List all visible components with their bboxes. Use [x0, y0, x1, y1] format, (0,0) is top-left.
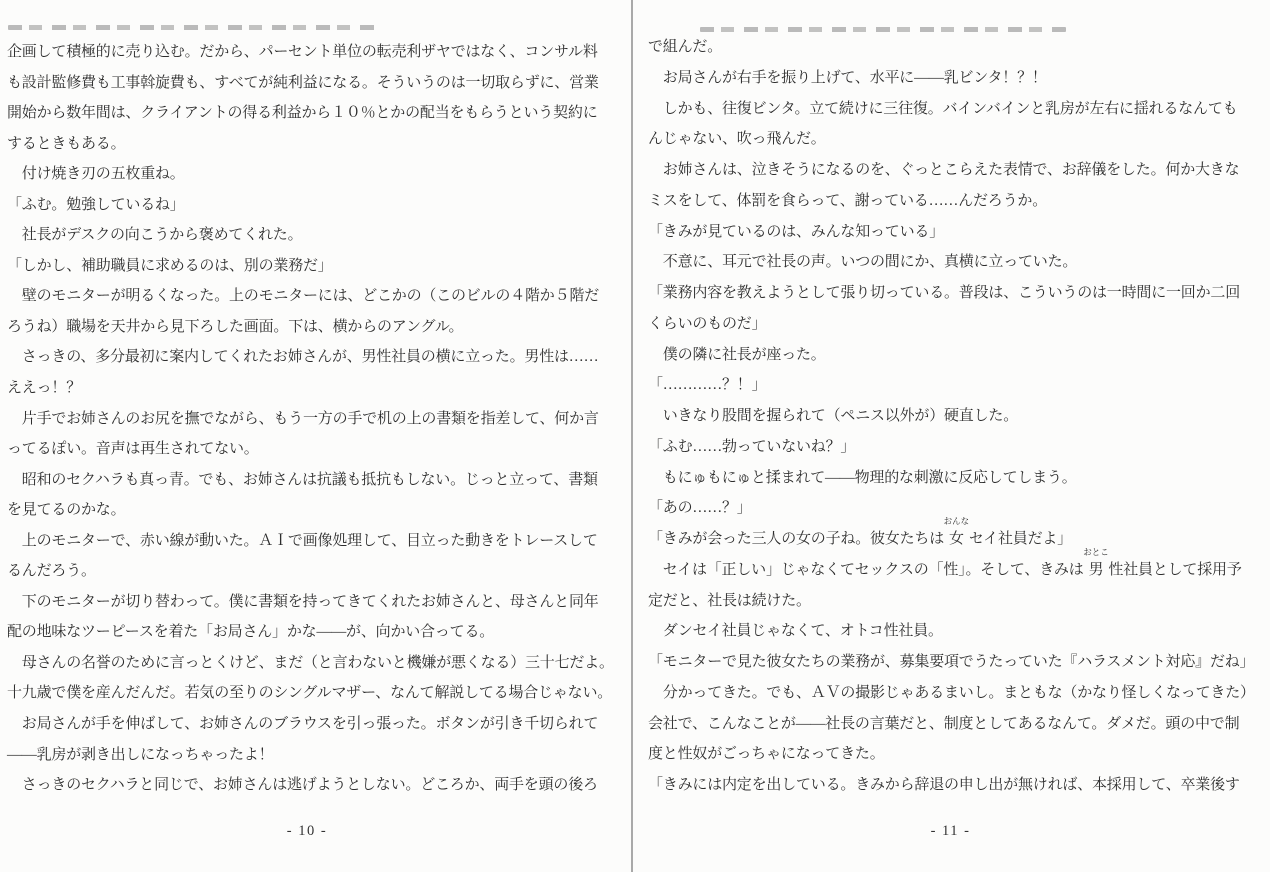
text-line: 定だと、社長は続けた。	[648, 586, 1259, 617]
text-line: 僕の隣に社長が座った。	[648, 340, 1259, 371]
text-line: 「しかし、補助職員に求めるのは、別の業務だ」	[7, 251, 613, 282]
text-line: 下のモニターが切り替わって。僕に書類を持ってきてくれたお姉さんと、母さんと同年	[7, 587, 613, 618]
text-line: 片手でお姉さんのお尻を撫でながら、もう一方の手で机の上の書類を指差して、何か言	[7, 404, 613, 435]
text-line: しかも、往復ビンタ。立て続けに三往復。バインバインと乳房が左右に揺れるなんても	[648, 94, 1259, 125]
text-line: るんだろう。	[7, 556, 613, 587]
text-line: 母さんの名誉のために言っとくけど、まだ（と言わないと機嫌が悪くなる）三十七だよ。	[7, 648, 613, 679]
text-line: 配の地味なツーピースを着た「お局さん」かな——が、向かい合ってる。	[7, 617, 613, 648]
text-line: 「業務内容を教えようとして張り切っている。普段は、こういうのは一時間に一回か二回	[648, 278, 1259, 309]
text-line: くらいのものだ」	[648, 309, 1259, 340]
ruby-annotation: おとこ男	[1089, 555, 1104, 586]
text-line: ——乳房が剥き出しになっちゃったよ！	[7, 740, 613, 771]
text-line: さっきのセクハラと同じで、お姉さんは逃げようとしない。どころか、両手を頭の後ろ	[7, 770, 613, 801]
text-line: 分かってきた。でも、ＡＶの撮影じゃあるまいし。まともな（かなり怪しくなってきた）	[648, 678, 1259, 709]
text-line: で組んだ。	[648, 32, 1259, 63]
text-line: も設計監修費も工事斡旋費も、すべてが純利益になる。そういうのは一切取らずに、営業	[7, 68, 613, 99]
page-text-right: で組んだ。 お局さんが右手を振り上げて、水平に——乳ビンタ！？！ しかも、往復ビ…	[648, 32, 1259, 801]
text-line: 壁のモニターが明るくなった。上のモニターには、どこかの（このビルの４階か５階だ	[7, 281, 613, 312]
page-left: 企画して積極的に売り込む。だから、パーセント単位の転売利ザヤではなく、コンサル料…	[0, 0, 631, 872]
text-line: 「きみが会った三人の女の子ね。彼女たちはおんな女セイ社員だよ」	[648, 524, 1259, 555]
text-line: 企画して積極的に売り込む。だから、パーセント単位の転売利ザヤではなく、コンサル料	[7, 37, 613, 68]
book-spread: 企画して積極的に売り込む。だから、パーセント単位の転売利ザヤではなく、コンサル料…	[0, 0, 1270, 872]
text-line: 度と性奴がごっちゃになってきた。	[648, 739, 1259, 770]
text-line: 上のモニターで、赤い線が動いた。ＡＩで画像処理して、目立った動きをトレースして	[7, 526, 613, 557]
text-line: 「ふむ。勉強しているね」	[7, 190, 613, 221]
text-line: 十九歳で僕を産んだんだ。若気の至りのシングルマザー、なんて解説してる場合じゃない…	[7, 678, 613, 709]
text-line: お姉さんは、泣きそうになるのを、ぐっとこらえた表情で、お辞儀をした。何か大きな	[648, 155, 1259, 186]
text-line: もにゅもにゅと揉まれて——物理的な刺激に反応してしまう。	[648, 463, 1259, 494]
text-line: 「…………？！」	[648, 370, 1259, 401]
text-line: いきなり股間を握られて（ペニス以外が）硬直した。	[648, 401, 1259, 432]
text-line: ミスをして、体罰を食らって、謝っている……んだろうか。	[648, 186, 1259, 217]
text-line: 会社で、こんなことが——社長の言葉だと、制度としてあるなんて。ダメだ。頭の中で制	[648, 709, 1259, 740]
text-line: さっきの、多分最初に案内してくれたお姉さんが、男性社員の横に立った。男性は……	[7, 342, 613, 373]
text-line: 開始から数年間は、クライアントの得る利益から１０％とかの配当をもらうという契約に	[7, 98, 613, 129]
text-line: を見てるのかな。	[7, 495, 613, 526]
text-line: 社長がデスクの向こうから褒めてくれた。	[7, 220, 613, 251]
text-line: するときもある。	[7, 129, 613, 160]
ruby-annotation: おんな女	[949, 524, 964, 555]
text-line: ええっ！？	[7, 373, 613, 404]
text-line: ってるぽい。音声は再生されてない。	[7, 434, 613, 465]
text-line: 「きみが見ているのは、みんな知っている」	[648, 217, 1259, 248]
text-line: お局さんが手を伸ばして、お姉さんのブラウスを引っ張った。ボタンが引き千切られて	[7, 709, 613, 740]
page-right: で組んだ。 お局さんが右手を振り上げて、水平に——乳ビンタ！？！ しかも、往復ビ…	[633, 0, 1270, 872]
clipped-line-fragments	[8, 25, 378, 30]
page-text-left: 企画して積極的に売り込む。だから、パーセント単位の転売利ザヤではなく、コンサル料…	[7, 37, 613, 801]
text-line: 「きみには内定を出している。きみから辞退の申し出が無ければ、本採用して、卒業後す	[648, 770, 1259, 801]
text-line: んじゃない、吹っ飛んだ。	[648, 124, 1259, 155]
page-number-right: - 11 -	[648, 823, 1253, 840]
text-line: ダンセイ社員じゃなくて、オトコ性社員。	[648, 616, 1259, 647]
text-line: 昭和のセクハラも真っ青。でも、お姉さんは抗議も抵抗もしない。じっと立って、書類	[7, 465, 613, 496]
text-line: セイは「正しい」じゃなくてセックスの「性」。そして、きみはおとこ男性社員として採…	[648, 555, 1259, 586]
text-line: 「ふむ……勃っていないね？」	[648, 432, 1259, 463]
text-line: 付け焼き刃の五枚重ね。	[7, 159, 613, 190]
page-number-left: - 10 -	[7, 823, 607, 840]
text-line: ろうね）職場を天井から見下ろした画面。下は、横からのアングル。	[7, 312, 613, 343]
text-line: お局さんが右手を振り上げて、水平に——乳ビンタ！？！	[648, 63, 1259, 94]
text-line: 「モニターで見た彼女たちの業務が、募集要項でうたっていた『ハラスメント対応』だね…	[648, 647, 1259, 678]
text-line: 不意に、耳元で社長の声。いつの間にか、真横に立っていた。	[648, 247, 1259, 278]
